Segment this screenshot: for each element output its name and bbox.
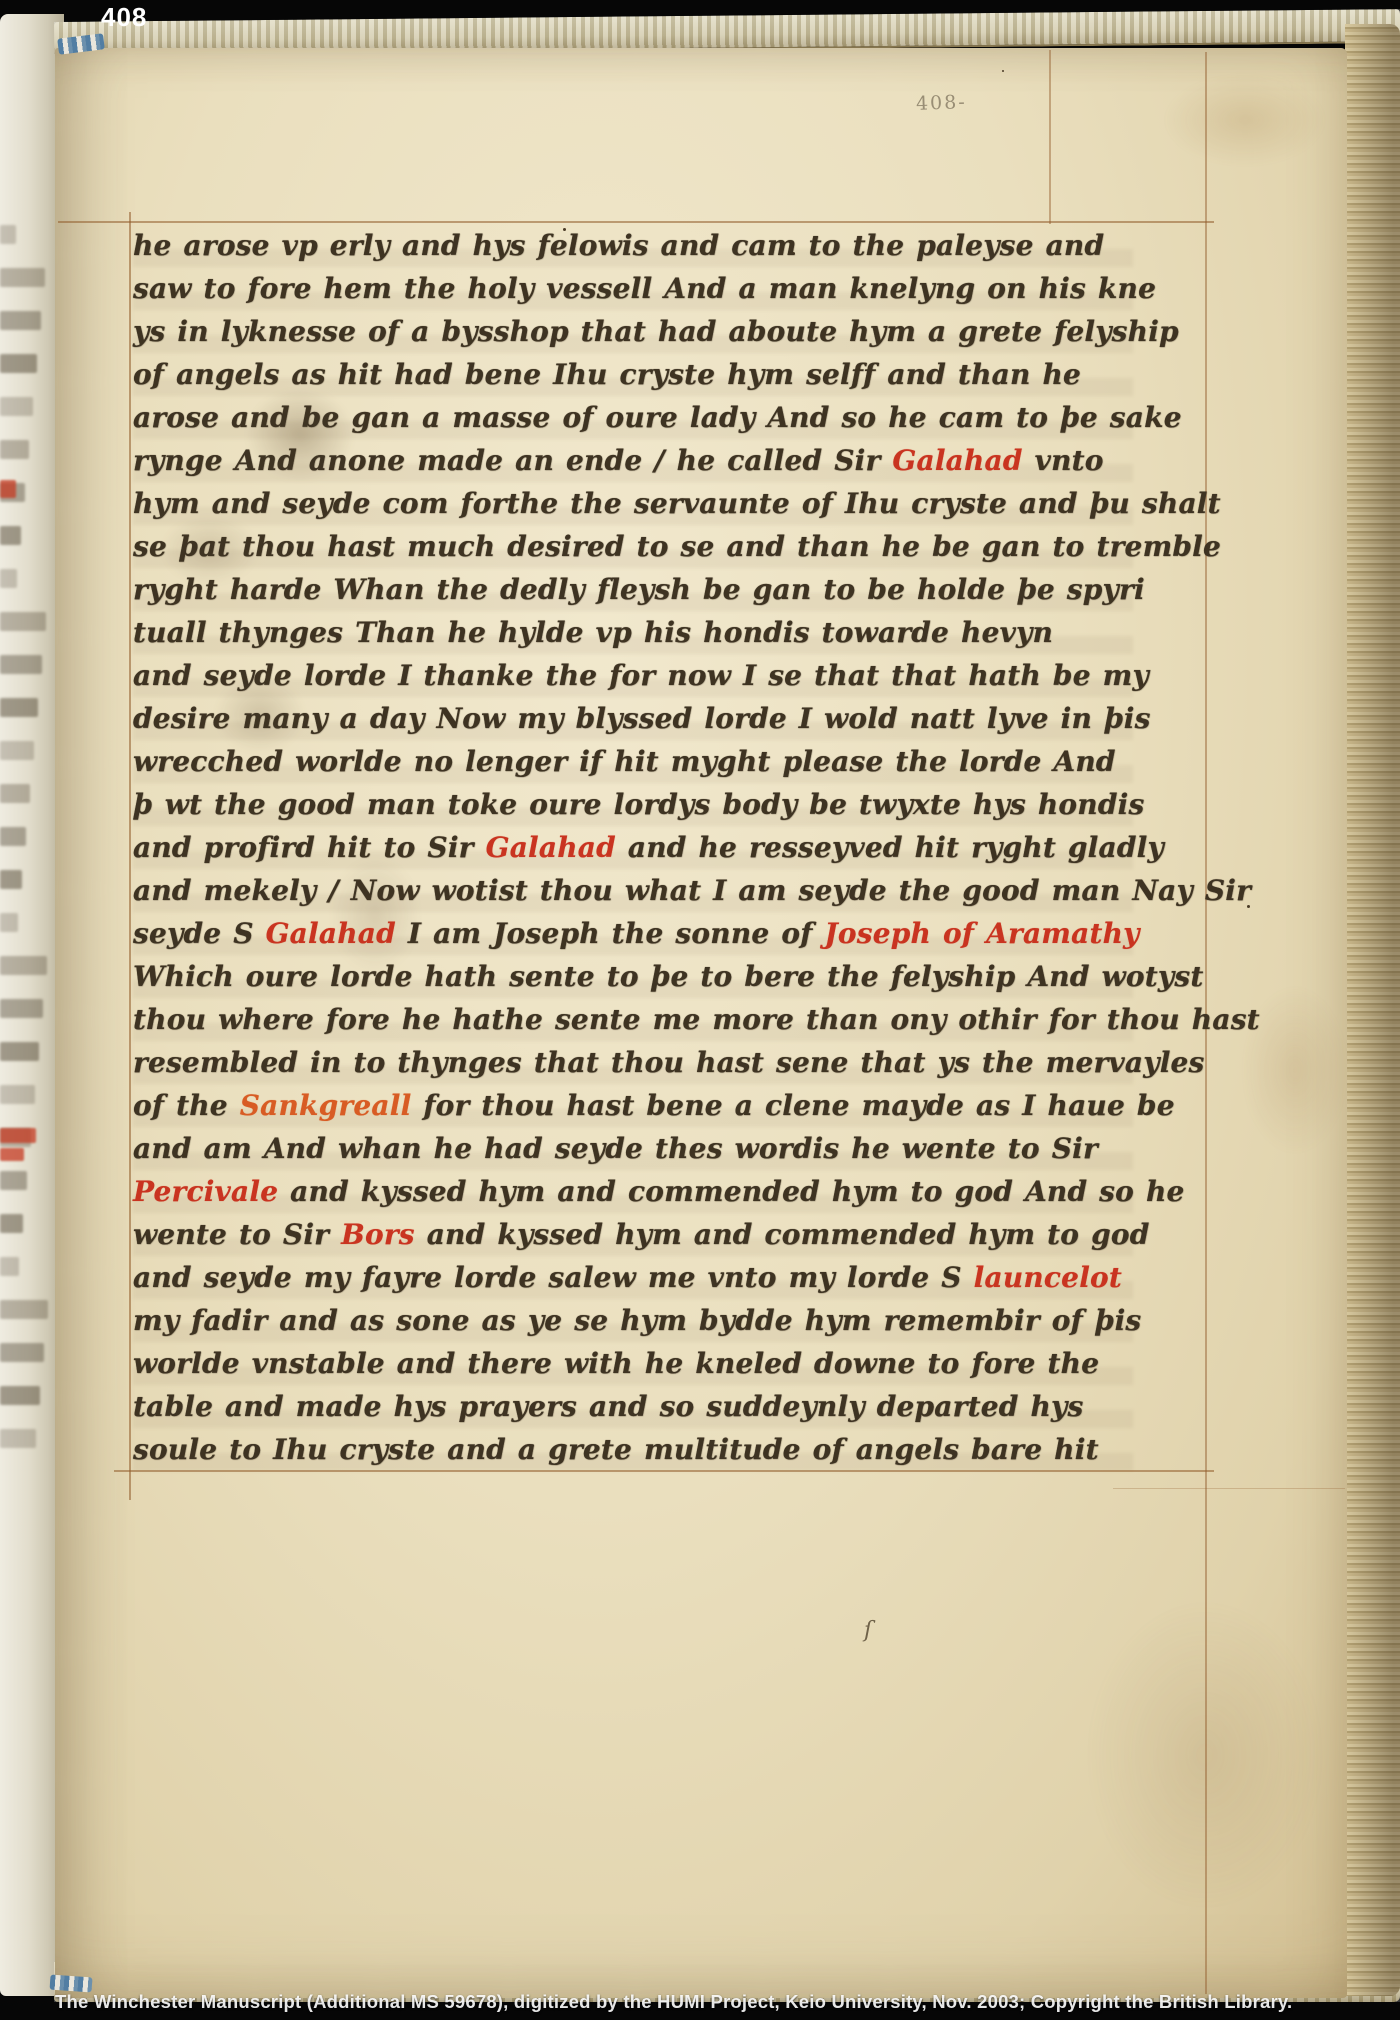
verso-text-smudge: [0, 913, 18, 932]
manuscript-line: and seyde my fayre lorde salew me vnto m…: [133, 1256, 1193, 1299]
ruling-right-horizontal-faint: [1113, 1488, 1345, 1489]
manuscript-text: thou where fore he hathe sente me more t…: [133, 1003, 1260, 1036]
verso-text-smudge: [0, 354, 37, 373]
verso-text-smudge: [0, 225, 16, 244]
manuscript-text: rynge And anone made an ende / he called…: [133, 444, 892, 477]
manuscript-line: soule to Ihu cryste and a grete multitud…: [133, 1428, 1193, 1471]
ruling-left-vertical: [129, 212, 131, 1500]
manuscript-text: and kyssed hym and commended hym to god …: [278, 1175, 1184, 1208]
manuscript-text: þ wt the good man toke oure lordys body …: [133, 788, 1144, 821]
manuscript-line: saw to fore hem the holy vessell And a m…: [133, 267, 1193, 310]
manuscript-line: seyde S Galahad I am Joseph the sonne of…: [133, 912, 1193, 955]
manuscript-text: I am Joseph the sonne of: [396, 917, 825, 950]
manuscript-text: my fadir and as sone as ye se hym bydde …: [133, 1304, 1141, 1337]
manuscript-text-block: he arose vp erly and hys felowis and cam…: [133, 224, 1193, 1471]
verso-text-smudge: [0, 268, 45, 287]
verso-text-smudge: [0, 397, 33, 416]
verso-text-smudge: [0, 1300, 48, 1319]
manuscript-text: of angels as hit had bene Ihu cryste hym…: [133, 358, 1081, 391]
rubric-word: Joseph of Aramathy: [824, 917, 1139, 950]
manuscript-line: worlde vnstable and there with he kneled…: [133, 1342, 1193, 1385]
manuscript-line: arose and be gan a masse of oure lady An…: [133, 396, 1193, 439]
manuscript-line: ys in lyknesse of a bysshop that had abo…: [133, 310, 1193, 353]
rubric-word: Percivale: [133, 1175, 278, 1208]
ink-speck: [1002, 70, 1004, 72]
verso-text-smudge: [0, 1343, 44, 1362]
manuscript-text: desire many a day Now my blyssed lorde I…: [133, 702, 1151, 735]
manuscript-line: þ wt the good man toke oure lordys body …: [133, 783, 1193, 826]
manuscript-line: he arose vp erly and hys felowis and cam…: [133, 224, 1193, 267]
manuscript-text: and profird hit to Sir: [133, 831, 486, 864]
manuscript-line: and seyde lorde I thanke the for now I s…: [133, 654, 1193, 697]
manuscript-text: ryght harde Whan the dedly fleysh be gan…: [133, 573, 1145, 606]
verso-text-smudge: [0, 1429, 36, 1448]
manuscript-text: table and made hys prayers and so suddey…: [133, 1390, 1083, 1423]
manuscript-text: worlde vnstable and there with he kneled…: [133, 1347, 1099, 1380]
verso-text-smudge: [0, 311, 41, 330]
manuscript-line: tuall thynges Than he hylde vp his hondi…: [133, 611, 1193, 654]
manuscript-line: my fadir and as sone as ye se hym bydde …: [133, 1299, 1193, 1342]
manuscript-line: resembled in to thynges that thou hast s…: [133, 1041, 1193, 1084]
manuscript-text: seyde S: [133, 917, 266, 950]
manuscript-text: soule to Ihu cryste and a grete multitud…: [133, 1433, 1099, 1466]
verso-bleed-strip: [0, 215, 52, 1485]
verso-text-smudge: [0, 1042, 39, 1061]
manuscript-text: ys in lyknesse of a bysshop that had abo…: [133, 315, 1179, 348]
manuscript-line: thou where fore he hathe sente me more t…: [133, 998, 1193, 1041]
verso-text-smudge: [0, 655, 42, 674]
manuscript-line: of the Sankgreall for thou hast bene a c…: [133, 1084, 1193, 1127]
margin-pen-mark: ſ: [864, 1618, 872, 1643]
manuscript-line: table and made hys prayers and so suddey…: [133, 1385, 1193, 1428]
rubric-word: Bors: [341, 1218, 415, 1251]
verso-text-smudge: [0, 870, 22, 889]
manuscript-line: rynge And anone made an ende / he called…: [133, 439, 1193, 482]
rubric-word: Galahad: [892, 444, 1022, 477]
manuscript-line: Percivale and kyssed hym and commended h…: [133, 1170, 1193, 1213]
verso-text-smudge: [0, 569, 17, 588]
manuscript-text: wrecched worlde no lenger if hit myght p…: [133, 745, 1116, 778]
verso-text-smudge: [0, 698, 38, 717]
rubric-word: Sankgreall: [240, 1089, 412, 1122]
manuscript-line: of angels as hit had bene Ihu cryste hym…: [133, 353, 1193, 396]
verso-text-smudge: [0, 999, 43, 1018]
manuscript-text: and seyde lorde I thanke the for now I s…: [133, 659, 1149, 692]
ruling-right-vertical-inner: [1049, 50, 1051, 224]
verso-rubric-smudge: [0, 1148, 24, 1161]
manuscript-text: he arose vp erly and hys felowis and cam…: [133, 229, 1104, 262]
manuscript-text: tuall thynges Than he hylde vp his hondi…: [133, 616, 1053, 649]
verso-text-smudge: [0, 440, 29, 459]
pencil-folio-number: 408-: [916, 91, 967, 115]
parchment-stain: [1130, 55, 1360, 185]
verso-text-smudge: [0, 1085, 35, 1104]
manuscript-text: and kyssed hym and commended hym to god: [415, 1218, 1150, 1251]
manuscript-text: vnto: [1023, 444, 1104, 477]
manuscript-line: hym and seyde com forthe the servaunte o…: [133, 482, 1193, 525]
ruling-top-horizontal: [58, 221, 1214, 223]
manuscript-text: of the: [133, 1089, 240, 1122]
manuscript-line: wrecched worlde no lenger if hit myght p…: [133, 740, 1193, 783]
rubric-word: Galahad: [486, 831, 616, 864]
manuscript-text: and am And whan he had seyde thes wordis…: [133, 1132, 1098, 1165]
manuscript-line: se þat thou hast much desired to se and …: [133, 525, 1193, 568]
manuscript-text: for thou hast bene a clene mayde as I ha…: [411, 1089, 1174, 1122]
manuscript-line: ryght harde Whan the dedly fleysh be gan…: [133, 568, 1193, 611]
manuscript-text: se þat thou hast much desired to se and …: [133, 530, 1221, 563]
page-number-overlay: 408: [101, 2, 147, 33]
verso-text-smudge: [0, 956, 47, 975]
manuscript-text: arose and be gan a masse of oure lady An…: [133, 401, 1182, 434]
verso-text-smudge: [0, 1257, 19, 1276]
manuscript-line: desire many a day Now my blyssed lorde I…: [133, 697, 1193, 740]
parchment-stain: [1220, 950, 1370, 1190]
verso-text-smudge: [0, 827, 26, 846]
manuscript-text: and mekely / Now wotist thou what I am s…: [133, 874, 1251, 907]
manuscript-text: resembled in to thynges that thou hast s…: [133, 1046, 1205, 1079]
rubric-word: launcelot: [974, 1261, 1122, 1294]
manuscript-line: and am And whan he had seyde thes wordis…: [133, 1127, 1193, 1170]
manuscript-line: Which oure lorde hath sente to þe to ber…: [133, 955, 1193, 998]
verso-text-smudge: [0, 1171, 27, 1190]
verso-rubric-smudge: [0, 1128, 36, 1143]
verso-text-smudge: [0, 1214, 23, 1233]
verso-text-smudge: [0, 1386, 40, 1405]
manuscript-text: saw to fore hem the holy vessell And a m…: [133, 272, 1156, 305]
manuscript-line: and profird hit to Sir Galahad and he re…: [133, 826, 1193, 869]
manuscript-line: wente to Sir Bors and kyssed hym and com…: [133, 1213, 1193, 1256]
verso-text-smudge: [0, 784, 30, 803]
manuscript-text: Which oure lorde hath sente to þe to ber…: [133, 960, 1203, 993]
manuscript-line: and mekely / Now wotist thou what I am s…: [133, 869, 1193, 912]
verso-text-smudge: [0, 612, 46, 631]
manuscript-text: and he resseyved hit ryght gladly: [616, 831, 1164, 864]
verso-text-smudge: [0, 526, 21, 545]
photo-caption: The Winchester Manuscript (Additional MS…: [55, 1991, 1400, 2013]
manuscript-photo: 408 408- he arose vp erly and hys felowi…: [0, 0, 1400, 2020]
manuscript-text: and seyde my fayre lorde salew me vnto m…: [133, 1261, 974, 1294]
rubric-word: Galahad: [266, 917, 396, 950]
manuscript-text: hym and seyde com forthe the servaunte o…: [133, 487, 1221, 520]
verso-rubric-smudge: [0, 480, 16, 498]
verso-text-smudge: [0, 741, 34, 760]
manuscript-text: wente to Sir: [133, 1218, 341, 1251]
headband-threads-bottom: [50, 1975, 93, 1993]
